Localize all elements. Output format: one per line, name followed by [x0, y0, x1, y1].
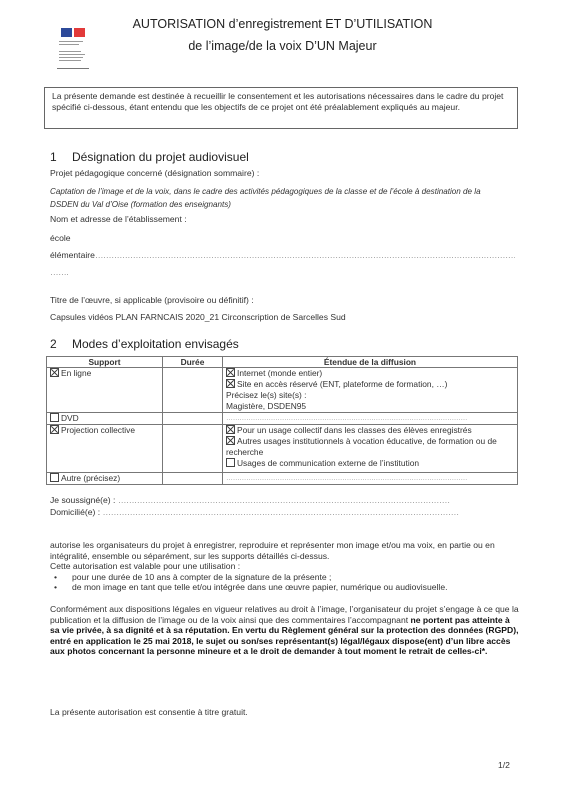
section1-title: Désignation du projet audiovisuel: [72, 150, 249, 164]
establishment-label: Nom et adresse de l’établissement :: [50, 214, 187, 224]
checkbox-checked-icon[interactable]: [50, 425, 59, 434]
option-communication-externe[interactable]: Usages de communication externe de l’ins…: [226, 458, 514, 469]
option-site-reserve[interactable]: Site en accès réservé (ENT, plateforme d…: [226, 379, 514, 390]
option-usages-institutionnels[interactable]: Autres usages institutionnels à vocation…: [226, 436, 514, 458]
signatory-name-field[interactable]: Je soussigné(e) : ……………………………………………………………: [50, 495, 450, 505]
section1-number: 1: [50, 150, 72, 164]
duree-cell[interactable]: [163, 425, 223, 473]
section2-number: 2: [50, 337, 72, 351]
duree-cell[interactable]: [163, 473, 223, 485]
document-title-line1: AUTORISATION d’enregistrement ET D’UTILI…: [0, 17, 565, 31]
table-row: DVD ………………………………………………………………………………………………: [47, 413, 518, 425]
project-value-line2: DSDEN du Val d’Oise (formation des ensei…: [50, 200, 231, 209]
document-title-line2: de l’image/de la voix D’UN Majeur: [0, 39, 565, 53]
checkbox-checked-icon[interactable]: [226, 379, 235, 388]
support-en-ligne[interactable]: En ligne: [47, 368, 163, 413]
section1-heading: 1Désignation du projet audiovisuel: [50, 150, 249, 164]
duree-cell[interactable]: [163, 368, 223, 413]
establishment-line1: école: [50, 233, 71, 243]
header-support: Support: [47, 357, 163, 368]
authorization-text: autorise les organisateurs du projet à e…: [50, 540, 520, 593]
checkbox-unchecked-icon[interactable]: [50, 473, 59, 482]
checkbox-checked-icon[interactable]: [226, 436, 235, 445]
table-row: En ligne Internet (monde entier) Site en…: [47, 368, 518, 413]
section2-title: Modes d’exploitation envisagés: [72, 337, 239, 351]
diffusion-cell: Pour un usage collectif dans les classes…: [223, 425, 518, 473]
intro-box: La présente demande est destinée à recue…: [44, 87, 518, 129]
header-diffusion: Étendue de la diffusion: [223, 357, 518, 368]
table-row: Autre (précisez) ………………………………………………………………: [47, 473, 518, 485]
checkbox-unchecked-icon[interactable]: [50, 413, 59, 422]
project-value-line1: Captation de l’image et de la voix, dans…: [50, 187, 481, 196]
legal-paragraph: Conformément aux dispositions légales en…: [50, 604, 520, 657]
signatory-address-field[interactable]: Domicilié(e) : ……………………………………………………………………: [50, 507, 490, 517]
list-item: •pour une durée de 10 ans à compter de l…: [50, 572, 520, 583]
establishment-line2: élémentaire………………………………………………………………………………: [50, 250, 515, 260]
diffusion-cell[interactable]: ………………………………………………………………………………………………: [223, 413, 518, 425]
sites-label: Précisez le(s) site(s) :: [226, 390, 514, 401]
establishment-dots: …….: [50, 267, 68, 277]
checkbox-checked-icon[interactable]: [226, 368, 235, 377]
support-autre[interactable]: Autre (précisez): [47, 473, 163, 485]
list-item: •de mon image en tant que telle et/ou in…: [50, 582, 520, 593]
option-internet[interactable]: Internet (monde entier): [226, 368, 514, 379]
checkbox-unchecked-icon[interactable]: [226, 458, 235, 467]
support-projection[interactable]: Projection collective: [47, 425, 163, 473]
page-number: 1/2: [498, 760, 510, 770]
work-title-value: Capsules vidéos PLAN FARNCAIS 2020_21 Ci…: [50, 312, 346, 322]
free-of-charge-statement: La présente autorisation est consentie à…: [50, 707, 248, 717]
project-label: Projet pédagogique concerné (désignation…: [50, 168, 259, 178]
diffusion-cell[interactable]: ………………………………………………………………………………………………: [223, 473, 518, 485]
header-duree: Durée: [163, 357, 223, 368]
duree-cell[interactable]: [163, 413, 223, 425]
option-usage-collectif[interactable]: Pour un usage collectif dans les classes…: [226, 425, 514, 436]
sites-value[interactable]: Magistère, DSDEN95: [226, 401, 514, 412]
table-header-row: Support Durée Étendue de la diffusion: [47, 357, 518, 368]
checkbox-checked-icon[interactable]: [226, 425, 235, 434]
work-title-label: Titre de l’œuvre, si applicable (proviso…: [50, 295, 254, 305]
section2-heading: 2Modes d’exploitation envisagés: [50, 337, 239, 351]
exploitation-modes-table: Support Durée Étendue de la diffusion En…: [46, 356, 518, 485]
diffusion-cell: Internet (monde entier) Site en accès ré…: [223, 368, 518, 413]
table-row: Projection collective Pour un usage coll…: [47, 425, 518, 473]
checkbox-checked-icon[interactable]: [50, 368, 59, 377]
support-dvd[interactable]: DVD: [47, 413, 163, 425]
